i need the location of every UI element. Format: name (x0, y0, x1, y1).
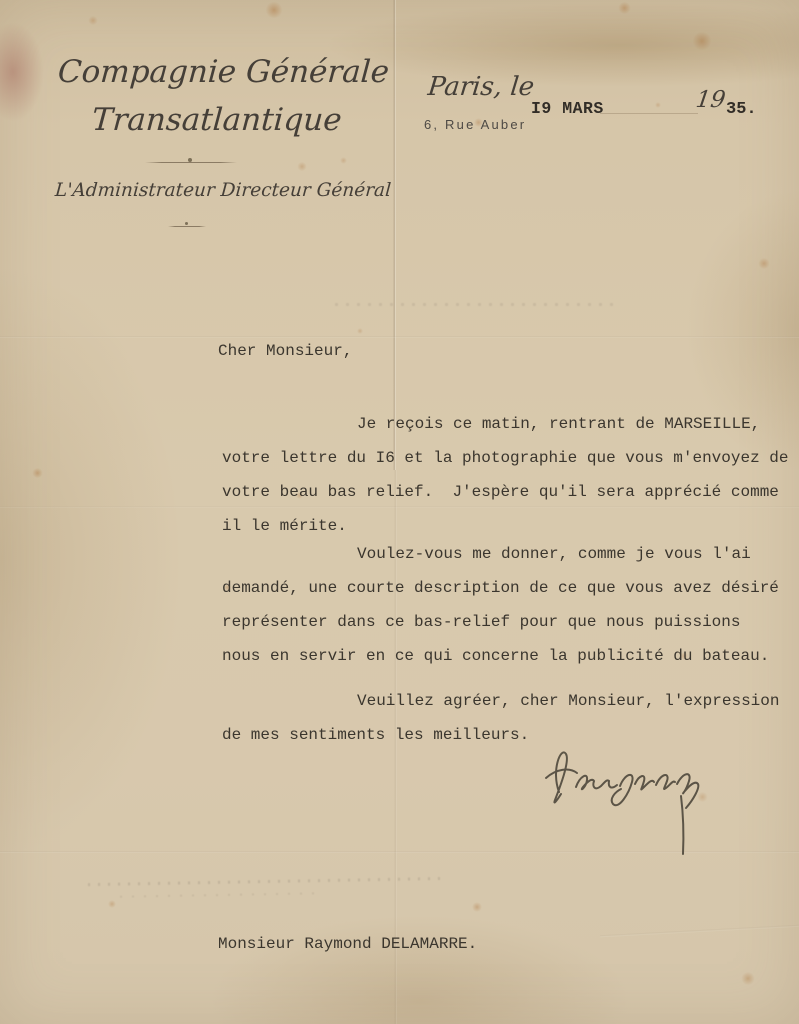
bottom-right-crinkle (600, 925, 799, 937)
stain-spot (32, 468, 43, 478)
sender-title-divider-ornament (185, 222, 188, 225)
letter-line: Veuillez agréer, cher Monsieur, l'expres… (222, 684, 779, 718)
letter-line: votre lettre du I6 et la photographie qu… (222, 441, 789, 475)
dateline-rule (600, 113, 698, 114)
letter-line: votre beau bas relief. J'espère qu'il se… (222, 475, 789, 509)
dateline-year-printed: 19 (694, 87, 727, 113)
letter-line: nous en servir en ce qui concerne la pub… (222, 639, 779, 673)
letter-page: Compagnie Générale Transatlantique L'Adm… (0, 0, 799, 1024)
sender-title-divider (168, 226, 206, 227)
stain-spot (655, 102, 661, 108)
letter-line: demandé, une courte description de ce qu… (222, 571, 779, 605)
stain-spot (758, 258, 770, 269)
stain-spot (88, 16, 98, 25)
horizontal-fold-crease-1 (0, 336, 799, 338)
stain-spot (340, 157, 347, 164)
letter-line: Voulez-vous me donner, comme je vous l'a… (222, 537, 779, 571)
recipient: Monsieur Raymond DELAMARRE. (218, 927, 477, 961)
vertical-fold-crease (393, 0, 396, 470)
corner-stain (0, 22, 44, 122)
letterhead-divider-ornament (188, 158, 192, 162)
dateline-year-typed: 35. (726, 100, 757, 119)
date-stamp: I9 MARS (531, 99, 604, 118)
stain-spot (265, 2, 283, 18)
dateline-place: Paris, le (426, 72, 535, 102)
stain-spot (741, 972, 755, 985)
letterhead-address: 6, Rue Auber (424, 117, 526, 132)
paragraph-1: Je reçois ce matin, rentrant de MARSEILL… (222, 407, 789, 543)
stain-spot (357, 328, 363, 334)
stain-spot (692, 32, 712, 50)
letter-line: représenter dans ce bas-relief pour que … (222, 605, 779, 639)
bleed-through-smudge (120, 892, 320, 897)
sender-title: L'Administrateur Directeur Général (54, 180, 391, 201)
signature-handwriting (543, 740, 718, 858)
letter-line: Je reçois ce matin, rentrant de MARSEILL… (222, 407, 789, 441)
letterhead-company-line1: Compagnie Générale (57, 54, 391, 90)
stain-spot (472, 902, 482, 912)
letterhead-company-line2: Transatlantique (91, 102, 343, 138)
stain-spot (297, 162, 307, 171)
paragraph-2: Voulez-vous me donner, comme je vous l'a… (222, 537, 779, 673)
stain-spot (618, 2, 631, 14)
letterhead-divider (145, 162, 237, 163)
salutation: Cher Monsieur, (218, 334, 352, 368)
bleed-through-smudge (335, 303, 615, 306)
stain-spot (108, 900, 116, 908)
